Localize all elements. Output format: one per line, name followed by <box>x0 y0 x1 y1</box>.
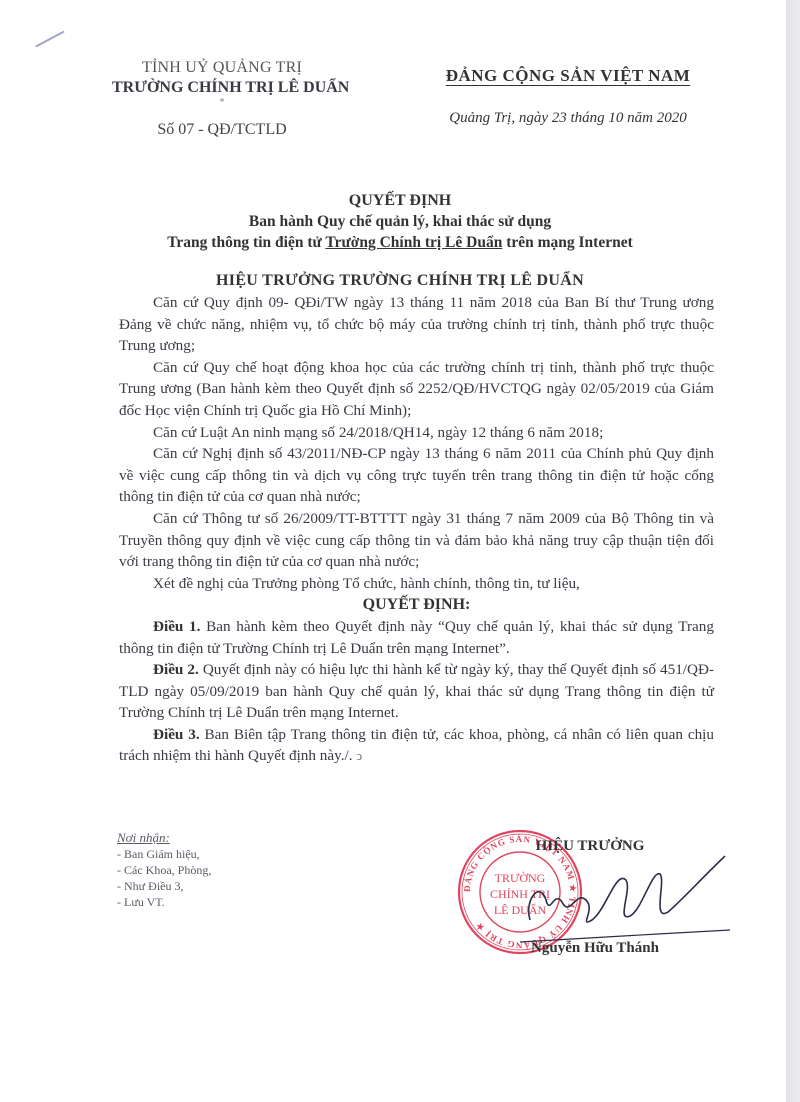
place-date: Quảng Trị, ngày 23 tháng 10 năm 2020 <box>418 110 718 127</box>
recipient-item: - Các Khoa, Phòng, <box>117 862 211 878</box>
recipient-item: - Như Điều 3, <box>117 878 211 894</box>
separator: * <box>112 98 332 108</box>
recipient-item: - Ban Giám hiệu, <box>117 846 211 862</box>
subject-suffix: trên mạng Internet <box>502 234 632 251</box>
document-body: Căn cứ Quy định 09- QĐi/TW ngày 13 tháng… <box>119 292 714 767</box>
article-2: Điều 2. Quyết định này có hiệu lực thi h… <box>119 659 714 724</box>
initial-mark: ↄ <box>356 748 362 763</box>
preamble-item: Căn cứ Quy định 09- QĐi/TW ngày 13 tháng… <box>119 292 714 357</box>
subject-underlined: Trường Chính trị Lê Duẩn <box>325 234 502 251</box>
signer-name: Nguyễn Hữu Thánh <box>510 940 680 957</box>
article-text: Quyết định này có hiệu lực thi hành kể t… <box>119 661 714 721</box>
handwritten-signature-icon <box>520 850 730 950</box>
recipient-item: - Lưu VT. <box>117 894 211 910</box>
scan-edge-strip <box>786 0 800 1102</box>
preamble-item: Xét đề nghị của Trưởng phòng Tổ chức, hà… <box>119 573 714 595</box>
article-label: Điều 2. <box>153 661 199 678</box>
issuing-authority-block: TỈNH UỶ QUẢNG TRỊ TRƯỜNG CHÍNH TRỊ LÊ DU… <box>112 58 332 140</box>
pen-mark <box>35 31 64 48</box>
decision-heading: QUYẾT ĐỊNH: <box>119 594 714 616</box>
article-label: Điều 3. <box>153 726 200 743</box>
article-text: Ban Biên tập Trang thông tin điện tử, cá… <box>119 726 714 765</box>
title-heading: QUYẾT ĐỊNH <box>0 190 800 211</box>
authority-heading: HIỆU TRƯỞNG TRƯỜNG CHÍNH TRỊ LÊ DUẨN <box>0 272 800 290</box>
preamble-item: Căn cứ Quy chế hoạt động khoa học của cá… <box>119 357 714 422</box>
title-subject-1: Ban hành Quy chế quản lý, khai thác sử d… <box>0 211 800 232</box>
provincial-committee: TỈNH UỶ QUẢNG TRỊ <box>112 58 332 78</box>
title-subject-2: Trang thông tin điện tử Trường Chính trị… <box>0 232 800 253</box>
subject-prefix: Trang thông tin điện tử <box>167 234 325 251</box>
party-name: ĐẢNG CỘNG SẢN VIỆT NAM <box>418 66 718 86</box>
article-text: Ban hành kèm theo Quyết định này “Quy ch… <box>119 618 714 657</box>
article-label: Điều 1. <box>153 618 200 635</box>
document-number: Số 07 - QĐ/TCTLD <box>112 120 332 140</box>
recipients-label: Nơi nhận: <box>117 830 211 846</box>
school-name: TRƯỜNG CHÍNH TRỊ LÊ DUẨN <box>112 78 332 98</box>
recipients-block: Nơi nhận: - Ban Giám hiệu, - Các Khoa, P… <box>117 830 211 910</box>
article-3: Điều 3. Ban Biên tập Trang thông tin điệ… <box>119 724 714 767</box>
article-1: Điều 1. Ban hành kèm theo Quyết định này… <box>119 616 714 659</box>
preamble-item: Căn cứ Luật An ninh mạng số 24/2018/QH14… <box>119 422 714 444</box>
preamble-item: Căn cứ Nghị định số 43/2011/NĐ-CP ngày 1… <box>119 443 714 508</box>
document-title: QUYẾT ĐỊNH Ban hành Quy chế quản lý, kha… <box>0 190 800 253</box>
preamble-item: Căn cứ Thông tư số 26/2009/TT-BTTTT ngày… <box>119 508 714 573</box>
party-header-block: ĐẢNG CỘNG SẢN VIỆT NAM Quảng Trị, ngày 2… <box>418 66 718 127</box>
